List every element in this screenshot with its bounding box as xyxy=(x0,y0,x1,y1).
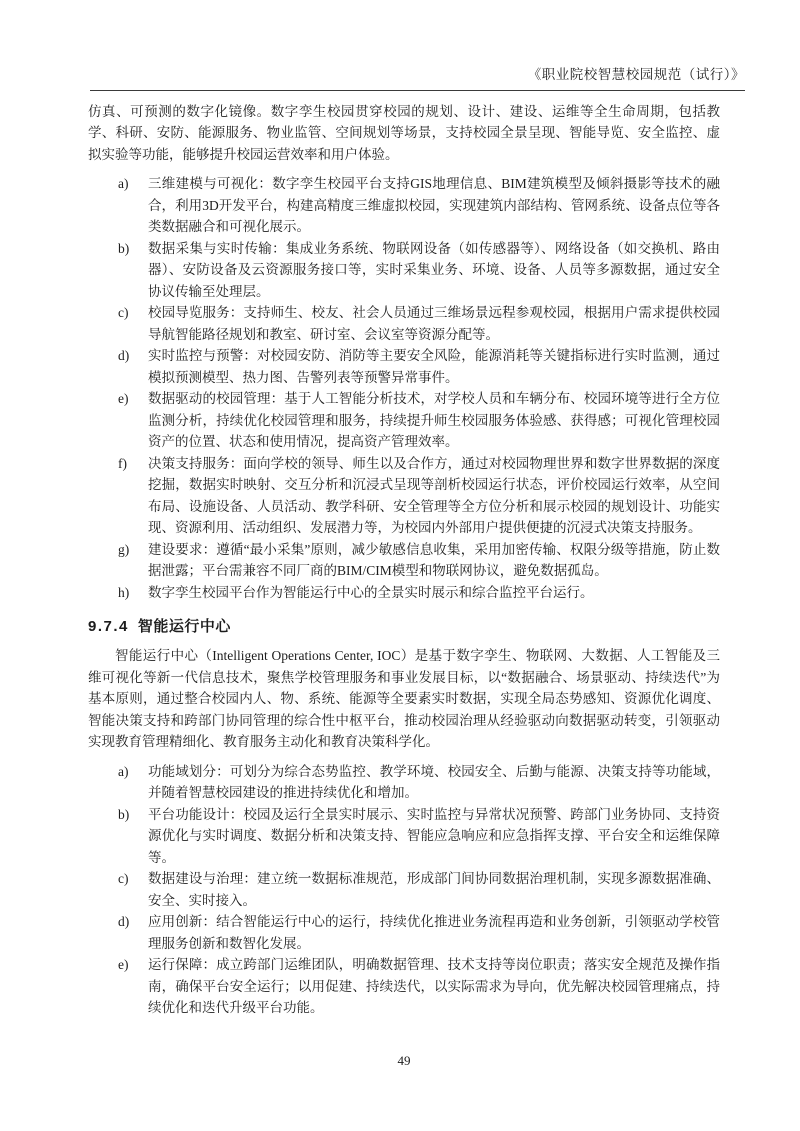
list-item-label: e) xyxy=(118,388,129,410)
page-footer: 49 xyxy=(88,1050,720,1072)
list-item-text: 决策支持服务：面向学校的领导、师生以及合作方，通过对校园物理世界和数字世界数据的… xyxy=(148,456,720,536)
list-item: c) 数据建设与治理：建立统一数据标准规范，形成部门间协同数据治理机制，实现多源… xyxy=(88,868,720,911)
list-item-text: 运行保障：成立跨部门运维团队，明确数据管理、技术支持等岗位职责；落实安全规范及操… xyxy=(148,957,720,1015)
list-item-text: 校园导览服务：支持师生、校友、社会人员通过三维场景远程参观校园，根据用户需求提供… xyxy=(148,305,720,342)
list-item-text: 数据建设与治理：建立统一数据标准规范，形成部门间协同数据治理机制，实现多源数据准… xyxy=(148,871,720,908)
list-item-text: 数据驱动的校园管理：基于人工智能分析技术，对学校人员和车辆分布、校园环境等进行全… xyxy=(148,391,720,449)
list-item: e) 运行保障：成立跨部门运维团队，明确数据管理、技术支持等岗位职责；落实安全规… xyxy=(88,954,720,1019)
list-item-text: 实时监控与预警：对校园安防、消防等主要安全风险，能源消耗等关键指标进行实时监测，… xyxy=(148,348,720,385)
list-item: a) 功能域划分：可划分为综合态势监控、教学环境、校园安全、后勤与能源、决策支持… xyxy=(88,761,720,804)
list-item-label: e) xyxy=(118,954,129,976)
page-number: 49 xyxy=(398,1053,411,1068)
list-item: e) 数据驱动的校园管理：基于人工智能分析技术，对学校人员和车辆分布、校园环境等… xyxy=(88,388,720,453)
list-item: d) 应用创新：结合智能运行中心的运行，持续优化推进业务流程再造和业务创新，引领… xyxy=(88,911,720,954)
list-item-label: f) xyxy=(118,453,127,475)
list-item: a) 三维建模与可视化：数字孪生校园平台支持GIS地理信息、BIM建筑模型及倾斜… xyxy=(88,173,720,238)
list-item-text: 平台功能设计：校园及运行全景实时展示、实时监控与异常状况预警、跨部门业务协同、支… xyxy=(148,807,720,865)
list-item-label: c) xyxy=(118,868,129,890)
list-item-label: c) xyxy=(118,302,129,324)
document-page: 《职业院校智慧校园规范（试行）》 仿真、可预测的数字化镜像。数字孪生校园贯穿校园… xyxy=(0,0,800,1131)
list-item-label: a) xyxy=(118,173,129,195)
section-paragraph: 智能运行中心（Intelligent Operations Center, IO… xyxy=(88,645,720,753)
list-item-label: b) xyxy=(118,238,129,260)
list-item: c) 校园导览服务：支持师生、校友、社会人员通过三维场景远程参观校园，根据用户需… xyxy=(88,302,720,345)
list-item: g) 建设要求：遵循“最小采集”原则，减少敏感信息收集，采用加密传输、权限分级等… xyxy=(88,539,720,582)
list-item: d) 实时监控与预警：对校园安防、消防等主要安全风险，能源消耗等关键指标进行实时… xyxy=(88,345,720,388)
list-item-label: a) xyxy=(118,761,129,783)
list-item-text: 三维建模与可视化：数字孪生校园平台支持GIS地理信息、BIM建筑模型及倾斜摄影等… xyxy=(148,176,720,234)
section-number: 9.7.4 xyxy=(88,618,129,635)
intro-paragraph: 仿真、可预测的数字化镜像。数字孪生校园贯穿校园的规划、设计、建设、运维等全生命周… xyxy=(88,101,720,166)
list-item: b) 数据采集与实时传输：集成业务系统、物联网设备（如传感器等）、网络设备（如交… xyxy=(88,238,720,303)
list-item-text: 功能域划分：可划分为综合态势监控、教学环境、校园安全、后勤与能源、决策支持等功能… xyxy=(148,764,720,801)
list-item-label: d) xyxy=(118,911,129,933)
section-heading: 9.7.4智能运行中心 xyxy=(88,616,720,637)
list-item: h) 数字孪生校园平台作为智能运行中心的全景实时展示和综合监控平台运行。 xyxy=(88,582,720,604)
list-item-text: 应用创新：结合智能运行中心的运行，持续优化推进业务流程再造和业务创新，引领驱动学… xyxy=(148,914,720,951)
page-header: 《职业院校智慧校园规范（试行）》 xyxy=(0,0,800,86)
list-item-label: b) xyxy=(118,804,129,826)
list-item-text: 建设要求：遵循“最小采集”原则，减少敏感信息收集，采用加密传输、权限分级等措施，… xyxy=(148,542,720,579)
section-title: 智能运行中心 xyxy=(138,618,231,635)
ioc-list: a) 功能域划分：可划分为综合态势监控、教学环境、校园安全、后勤与能源、决策支持… xyxy=(88,761,720,1019)
list-item-label: d) xyxy=(118,345,129,367)
list-item-label: h) xyxy=(118,582,129,604)
header-title: 《职业院校智慧校园规范（试行）》 xyxy=(90,64,745,86)
header-divider xyxy=(90,90,745,91)
list-item: b) 平台功能设计：校园及运行全景实时展示、实时监控与异常状况预警、跨部门业务协… xyxy=(88,804,720,869)
digital-twin-list: a) 三维建模与可视化：数字孪生校园平台支持GIS地理信息、BIM建筑模型及倾斜… xyxy=(88,173,720,603)
list-item-text: 数据采集与实时传输：集成业务系统、物联网设备（如传感器等）、网络设备（如交换机、… xyxy=(148,241,720,299)
list-item: f) 决策支持服务：面向学校的领导、师生以及合作方，通过对校园物理世界和数字世界… xyxy=(88,453,720,539)
list-item-label: g) xyxy=(118,539,129,561)
page-content: 仿真、可预测的数字化镜像。数字孪生校园贯穿校园的规划、设计、建设、运维等全生命周… xyxy=(0,101,800,1019)
list-item-text: 数字孪生校园平台作为智能运行中心的全景实时展示和综合监控平台运行。 xyxy=(148,585,594,600)
